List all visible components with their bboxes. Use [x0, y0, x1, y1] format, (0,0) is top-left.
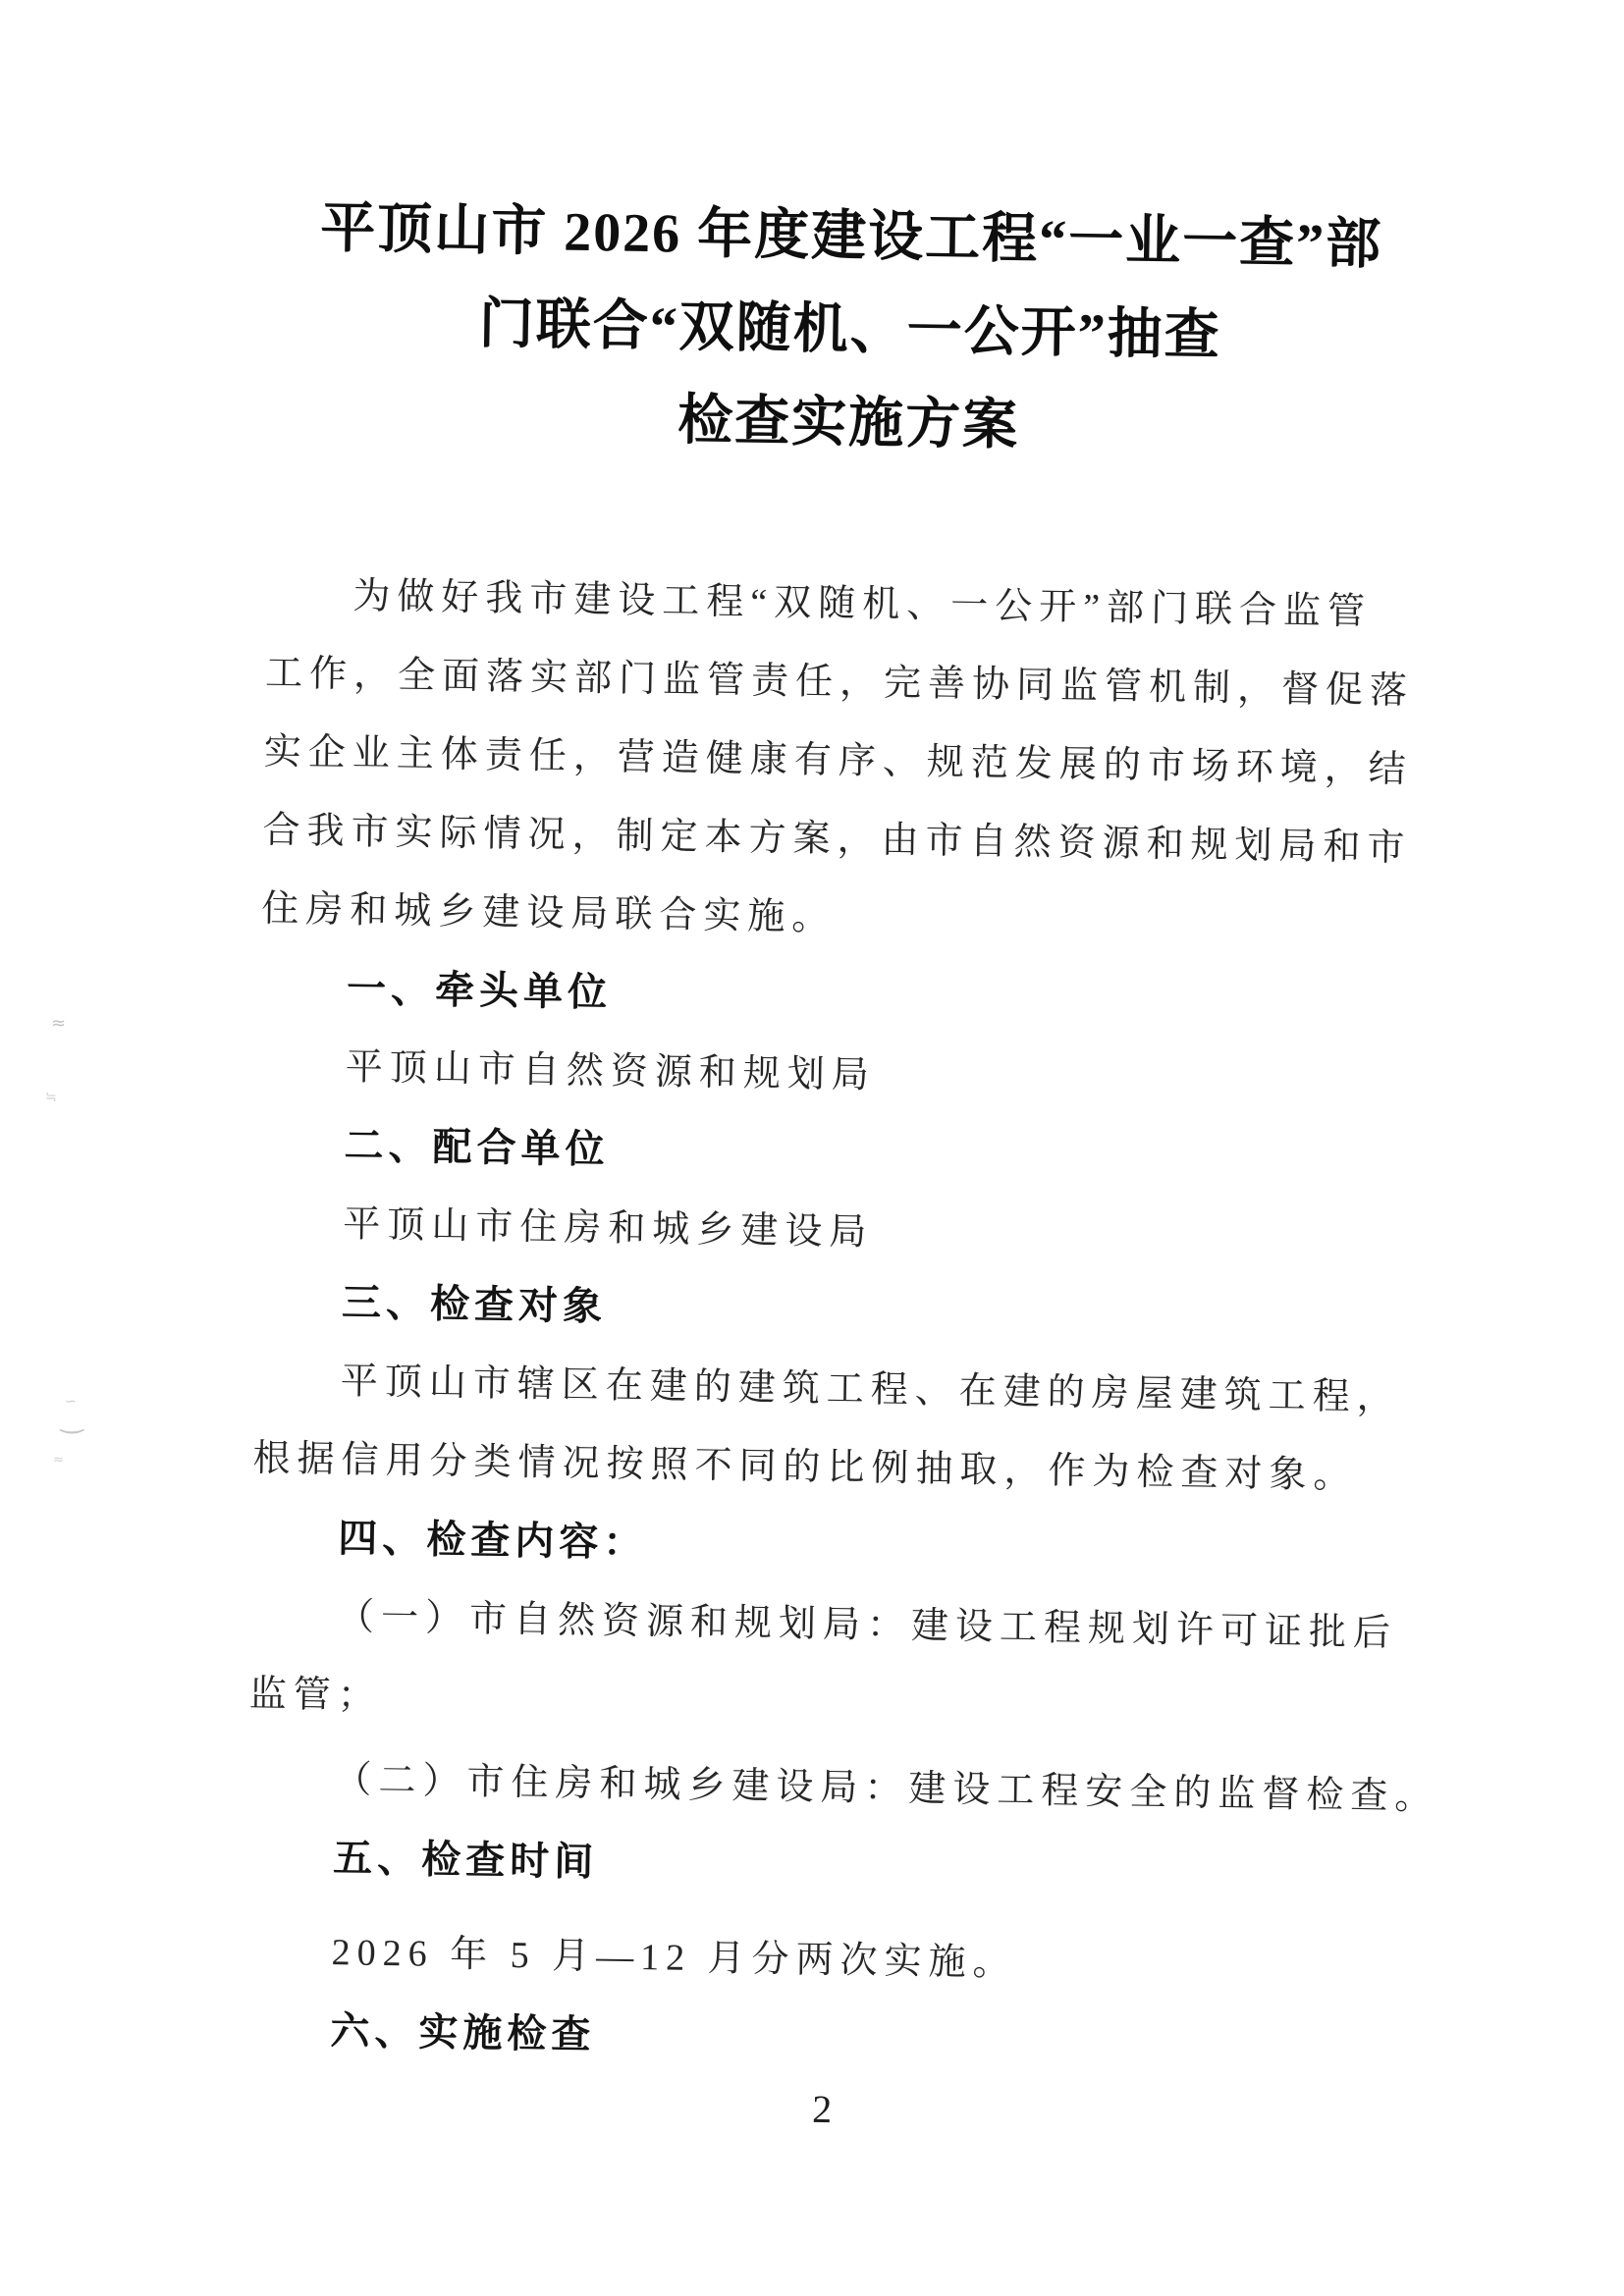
section-inspection-targets: 三、检查对象 平顶山市辖区在建的建筑工程、在建的房屋建筑工程， 根据信用分类情况… — [252, 1262, 1415, 1517]
title-line: 平顶山市 2026 年度建设工程“一业一查”部 — [272, 182, 1432, 294]
document-content: 平顶山市 2026 年度建设工程“一业一查”部 门联合“双随机、一公开”抽查 检… — [243, 182, 1432, 2148]
title-line: 检查实施方案 — [269, 368, 1429, 480]
section-implement-inspection: 六、实施检查 — [244, 1991, 1403, 2088]
section-inspection-time: 五、检查时间 2026 年 5 月—12 月分两次实施。 — [244, 1818, 1406, 2009]
margin-scribble-mark: ≒ — [45, 1090, 57, 1105]
section-cooperating-unit: 二、配合单位 平顶山市住房和城乡建设局 — [256, 1105, 1417, 1281]
intro-paragraph: 为做好我市建设工程“双随机、一公开”部门联合监管 工作，全面落实部门监管责任，完… — [261, 556, 1426, 966]
margin-scribble-mark: ≈ — [51, 1013, 66, 1034]
title-line: 门联合“双随机、一公开”抽查 — [270, 275, 1430, 387]
section-inspection-content: 四、检查内容： （一）市自然资源和规划局：建设工程规划许可证批后 监管； （二）… — [247, 1498, 1411, 1836]
section-lead-unit: 一、牵头单位 平顶山市自然资源和规划局 — [258, 948, 1419, 1124]
margin-scribble-mark: ≈ — [53, 1453, 64, 1468]
margin-scribble-mark: ‿ — [61, 1402, 83, 1434]
section-heading: 六、实施检查 — [244, 1991, 1403, 2088]
document-title: 平顶山市 2026 年度建设工程“一业一查”部 门联合“双随机、一公开”抽查 检… — [269, 182, 1432, 479]
margin-scribble-mark: ∽ — [65, 1394, 77, 1410]
scanned-document-page: ≈ ≒ ∽ ‿ ≈ 平顶山市 2026 年度建设工程“一业一查”部 门联合“双随… — [0, 0, 1624, 2296]
